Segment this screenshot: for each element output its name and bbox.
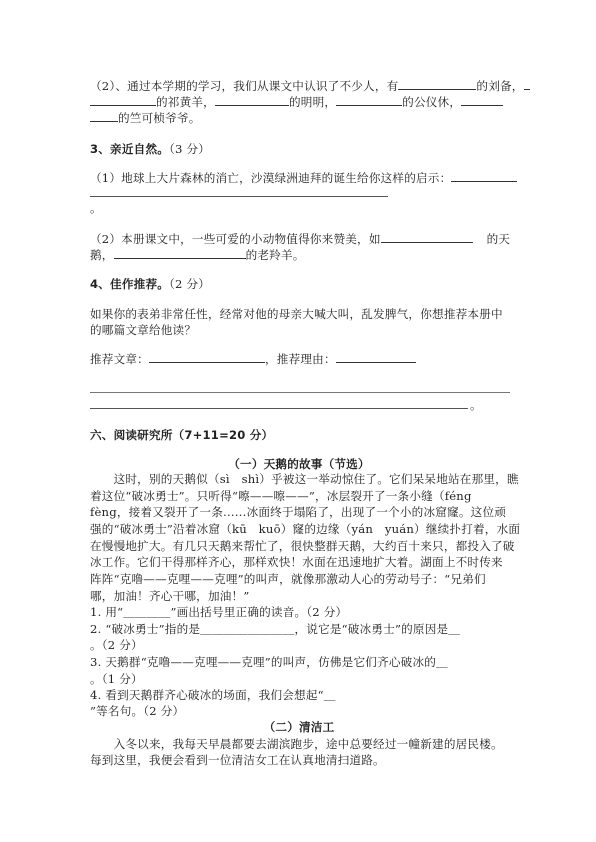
q2-line3: 的竺可桢爷爷。 <box>90 110 201 125</box>
blank-antelope[interactable] <box>114 247 246 259</box>
q3-heading: 3、亲近自然。（3 分） <box>90 142 210 156</box>
passage1-title: （一）天鹅的故事（节选） <box>90 457 508 471</box>
q4-heading: 4、佳作推荐。（2 分） <box>90 277 210 291</box>
q3-score: （3 分） <box>169 142 210 156</box>
question-4: 4. 看到天鹅群齐心破冰的场面，我们会想起“＿ <box>90 688 336 702</box>
q3-2-text: 鹅， <box>90 248 114 262</box>
passage1-line: fèng，接着又裂开了一条……冰面终于塌陷了，出现了一个小的冰窟窿。这位顽 <box>90 505 506 519</box>
q4-end: 。 <box>470 398 482 412</box>
article-label: 推荐文章： <box>90 352 149 366</box>
q2-text: 的公仪休， <box>402 95 461 109</box>
question-4-score: ”等名句。（2 分） <box>90 704 184 718</box>
passage2-line: 每到这里，我便会看到一位清洁女工在认真地清扫道路。 <box>90 753 385 767</box>
blank[interactable] <box>524 78 530 90</box>
passage2-title: （二）清洁工 <box>90 720 508 734</box>
answer-line-q3-1[interactable] <box>90 196 388 197</box>
blank-article[interactable] <box>149 351 265 363</box>
q3-1-end: 。 <box>90 201 102 215</box>
blank-q3-1[interactable] <box>451 170 517 182</box>
q2-line1: （2）、通过本学期的学习，我们从课文中认识了不少人，有的刘备， <box>90 78 530 93</box>
q3-1-text: （1）地球上大片森林的消亡，沙漠绿洲迪拜的诞生给你这样的启示： <box>90 171 451 185</box>
question-2: 2. “破冰勇士”指的是＿＿＿＿＿＿＿＿，说它是“破冰勇士”的原因是＿ <box>90 622 460 636</box>
question-1: 1. 用“＿＿＿＿”画出括号里正确的读音。（2 分） <box>90 605 347 619</box>
blank[interactable] <box>90 110 118 122</box>
q4-score: （2 分） <box>169 277 210 291</box>
passage1-line: 着这位“破冰勇士”。只听得“嚓——嚓——”，冰层裂开了一条小缝（féng <box>90 489 472 503</box>
passage1-line: 哪，加油！齐心干哪，加油！” <box>90 589 249 603</box>
q2-line2: 的祁黄羊，的明明，的公仪休， <box>90 94 503 109</box>
q3-1: （1）地球上大片森林的消亡，沙漠绿洲迪拜的诞生给你这样的启示： <box>90 170 517 185</box>
blank-qi-huangyang[interactable] <box>90 94 156 106</box>
q3-2-line2: 鹅，的老羚羊。 <box>90 247 305 262</box>
q4-text: 如果你的表弟非常任性，经常对他的母亲大喊大叫，乱发脾气，你想推荐本册中 <box>90 307 503 321</box>
answer-line-reason-1[interactable] <box>90 392 510 393</box>
passage2-line: 入冬以来，我每天早晨都要去湖滨跑步，途中总要经过一幢新建的居民楼。 <box>90 737 503 751</box>
q4-recommend: 推荐文章：，推荐理由： <box>90 351 416 366</box>
blank-zhu-kezhen[interactable] <box>461 94 503 106</box>
blank-mingming[interactable] <box>215 94 289 106</box>
passage1-line: 强的“破冰勇士”沿着冰窟（kū kuō）窿的边缘（yán yuán）继续扑打着，… <box>90 522 520 536</box>
q3-title: 3、亲近自然。 <box>90 142 169 156</box>
question-2-score: 。（2 分） <box>90 638 143 652</box>
q2-text: 的明明， <box>289 95 336 109</box>
q2-text: 的祁黄羊， <box>156 95 215 109</box>
passage1-line: 冰工作。它们干得那样齐心，那样欢快！水面在迅速地扩大着。湖面上不时传来 <box>90 555 503 569</box>
question-3: 3. 天鹅群“克噜——克哩——克哩”的叫声，仿佛是它们齐心破冰的＿ <box>90 655 448 669</box>
passage1-line: 阵阵“克噜——克哩——克哩”的叫声，就像那激动人心的劳动号子：“兄弟们 <box>90 572 486 586</box>
passage1-line: 这时，别的天鹅似（sì shì）乎被这一举动惊住了。它们呆呆地站在那里，瞧 <box>90 472 519 486</box>
answer-line-reason-2[interactable] <box>90 408 468 409</box>
q3-2-text: 的天 <box>487 232 511 246</box>
q4-text: 的哪篇文章给他读？ <box>90 323 196 337</box>
q3-2-line1: （2）本册课文中，一些可爱的小动物值得你来赞美，如的天 <box>90 231 510 246</box>
blank-reason[interactable] <box>336 351 416 363</box>
section6-title: 六、阅读研究所（7+11=20 分） <box>90 428 273 442</box>
q4-title: 4、佳作推荐。 <box>90 277 169 291</box>
q2-text: （2）、通过本学期的学习，我们从课文中认识了不少人，有 <box>90 79 398 93</box>
question-3-score: 。（1 分） <box>90 672 143 686</box>
blank-liu-bei[interactable] <box>398 78 476 90</box>
passage1-line: 在慢慢地扩大。有几只天鹅来帮忙了，很快整群天鹅，大约百十来只，都投入了破 <box>90 539 515 553</box>
q2-text: 的竺可桢爷爷。 <box>118 111 201 125</box>
q3-2-text: （2）本册课文中，一些可爱的小动物值得你来赞美，如 <box>90 232 381 246</box>
q2-text: 的刘备， <box>476 79 523 93</box>
q3-2-text: 的老羚羊。 <box>246 248 305 262</box>
blank-swan[interactable] <box>381 231 473 243</box>
blank-gongyixiu[interactable] <box>336 94 402 106</box>
reason-label: ，推荐理由： <box>265 352 336 366</box>
